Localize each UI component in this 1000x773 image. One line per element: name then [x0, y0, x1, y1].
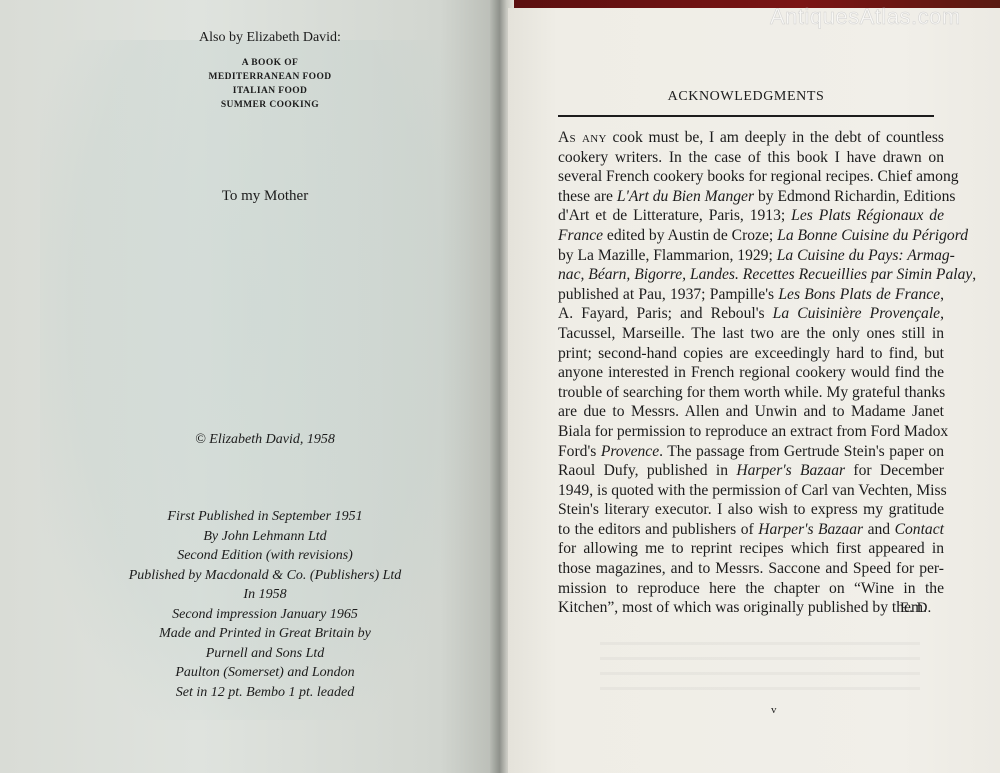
site-watermark: AntiquesAtlas.com [770, 4, 961, 30]
body-line: several French cookery books for regiona… [558, 167, 944, 187]
imprint-line: Published by Macdonald & Co. (Publishers… [90, 566, 440, 586]
other-title: MEDITERRANEAN FOOD [130, 70, 410, 84]
body-line: cookery writers. In the case of this boo… [558, 148, 944, 168]
body-line: to the editors and publishers of Harper'… [558, 520, 944, 540]
body-line: these are L'Art du Bien Manger by Edmond… [558, 187, 944, 207]
imprint-line: Purnell and Sons Ltd [90, 644, 440, 664]
acknowledgments-body: As any cook must be, I am deeply in the … [558, 128, 944, 618]
body-line: for allowing me to reprint recipes which… [558, 539, 944, 559]
imprint-line: By John Lehmann Ltd [90, 527, 440, 547]
imprint-line: Made and Printed in Great Britain by [90, 624, 440, 644]
body-line: those magazines, and to Messrs. Saccone … [558, 559, 944, 579]
body-line: Biala for permission to reproduce an ext… [558, 422, 944, 442]
body-line: Kitchen”, most of which was originally p… [558, 598, 944, 618]
imprint-line: Paulton (Somerset) and London [90, 663, 440, 683]
body-line: Raoul Dufy, published in Harper's Bazaar… [558, 461, 944, 481]
other-title: ITALIAN FOOD [130, 84, 410, 98]
page-number: v [771, 704, 777, 716]
heading-rule [558, 115, 934, 117]
copyright-notice: © Elizabeth David, 1958 [130, 432, 400, 448]
body-line: are due to Messrs. Allen and Unwin and t… [558, 402, 944, 422]
other-title: A BOOK OF [130, 56, 410, 70]
imprint-line: Set in 12 pt. Bembo 1 pt. leaded [90, 683, 440, 703]
body-line: published at Pau, 1937; Pampille's Les B… [558, 285, 944, 305]
body-line: print; second-hand copies are exceedingl… [558, 344, 944, 364]
also-by-heading: Also by Elizabeth David: [130, 30, 410, 46]
body-line: France edited by Austin de Croze; La Bon… [558, 226, 944, 246]
body-line: 1949, is quoted with the permission of C… [558, 481, 944, 501]
body-line: As any cook must be, I am deeply in the … [558, 128, 944, 148]
body-line: d'Art et de Litterature, Paris, 1913; Le… [558, 206, 944, 226]
body-line: Ford's Provence. The passage from Gertru… [558, 442, 944, 462]
imprint-line: Second impression January 1965 [90, 605, 440, 625]
imprint-block: First Published in September 1951 By Joh… [90, 507, 440, 702]
imprint-line: Second Edition (with revisions) [90, 546, 440, 566]
other-title: SUMMER COOKING [130, 98, 410, 112]
body-line: mission to reproduce here the chapter on… [558, 579, 944, 599]
body-line: Stein's literary executor. I also wish t… [558, 500, 944, 520]
show-through-text [600, 630, 920, 690]
imprint-line: In 1958 [90, 585, 440, 605]
other-titles-list: A BOOK OF MEDITERRANEAN FOOD ITALIAN FOO… [130, 56, 410, 112]
page-title: ACKNOWLEDGMENTS [558, 89, 934, 105]
body-line: nac, Béarn, Bigorre, Landes. Recettes Re… [558, 265, 944, 285]
dedication: To my Mother [130, 188, 400, 205]
body-line: A. Fayard, Paris; and Reboul's La Cuisin… [558, 304, 944, 324]
author-initials: E. D. [900, 600, 931, 617]
body-line: Tacussel, Marseille. The last two are th… [558, 324, 944, 344]
body-line: trouble of searching for them worth whil… [558, 383, 944, 403]
body-line: by La Mazille, Flammarion, 1929; La Cuis… [558, 246, 944, 266]
body-line: anyone interested in French regional coo… [558, 363, 944, 383]
imprint-line: First Published in September 1951 [90, 507, 440, 527]
